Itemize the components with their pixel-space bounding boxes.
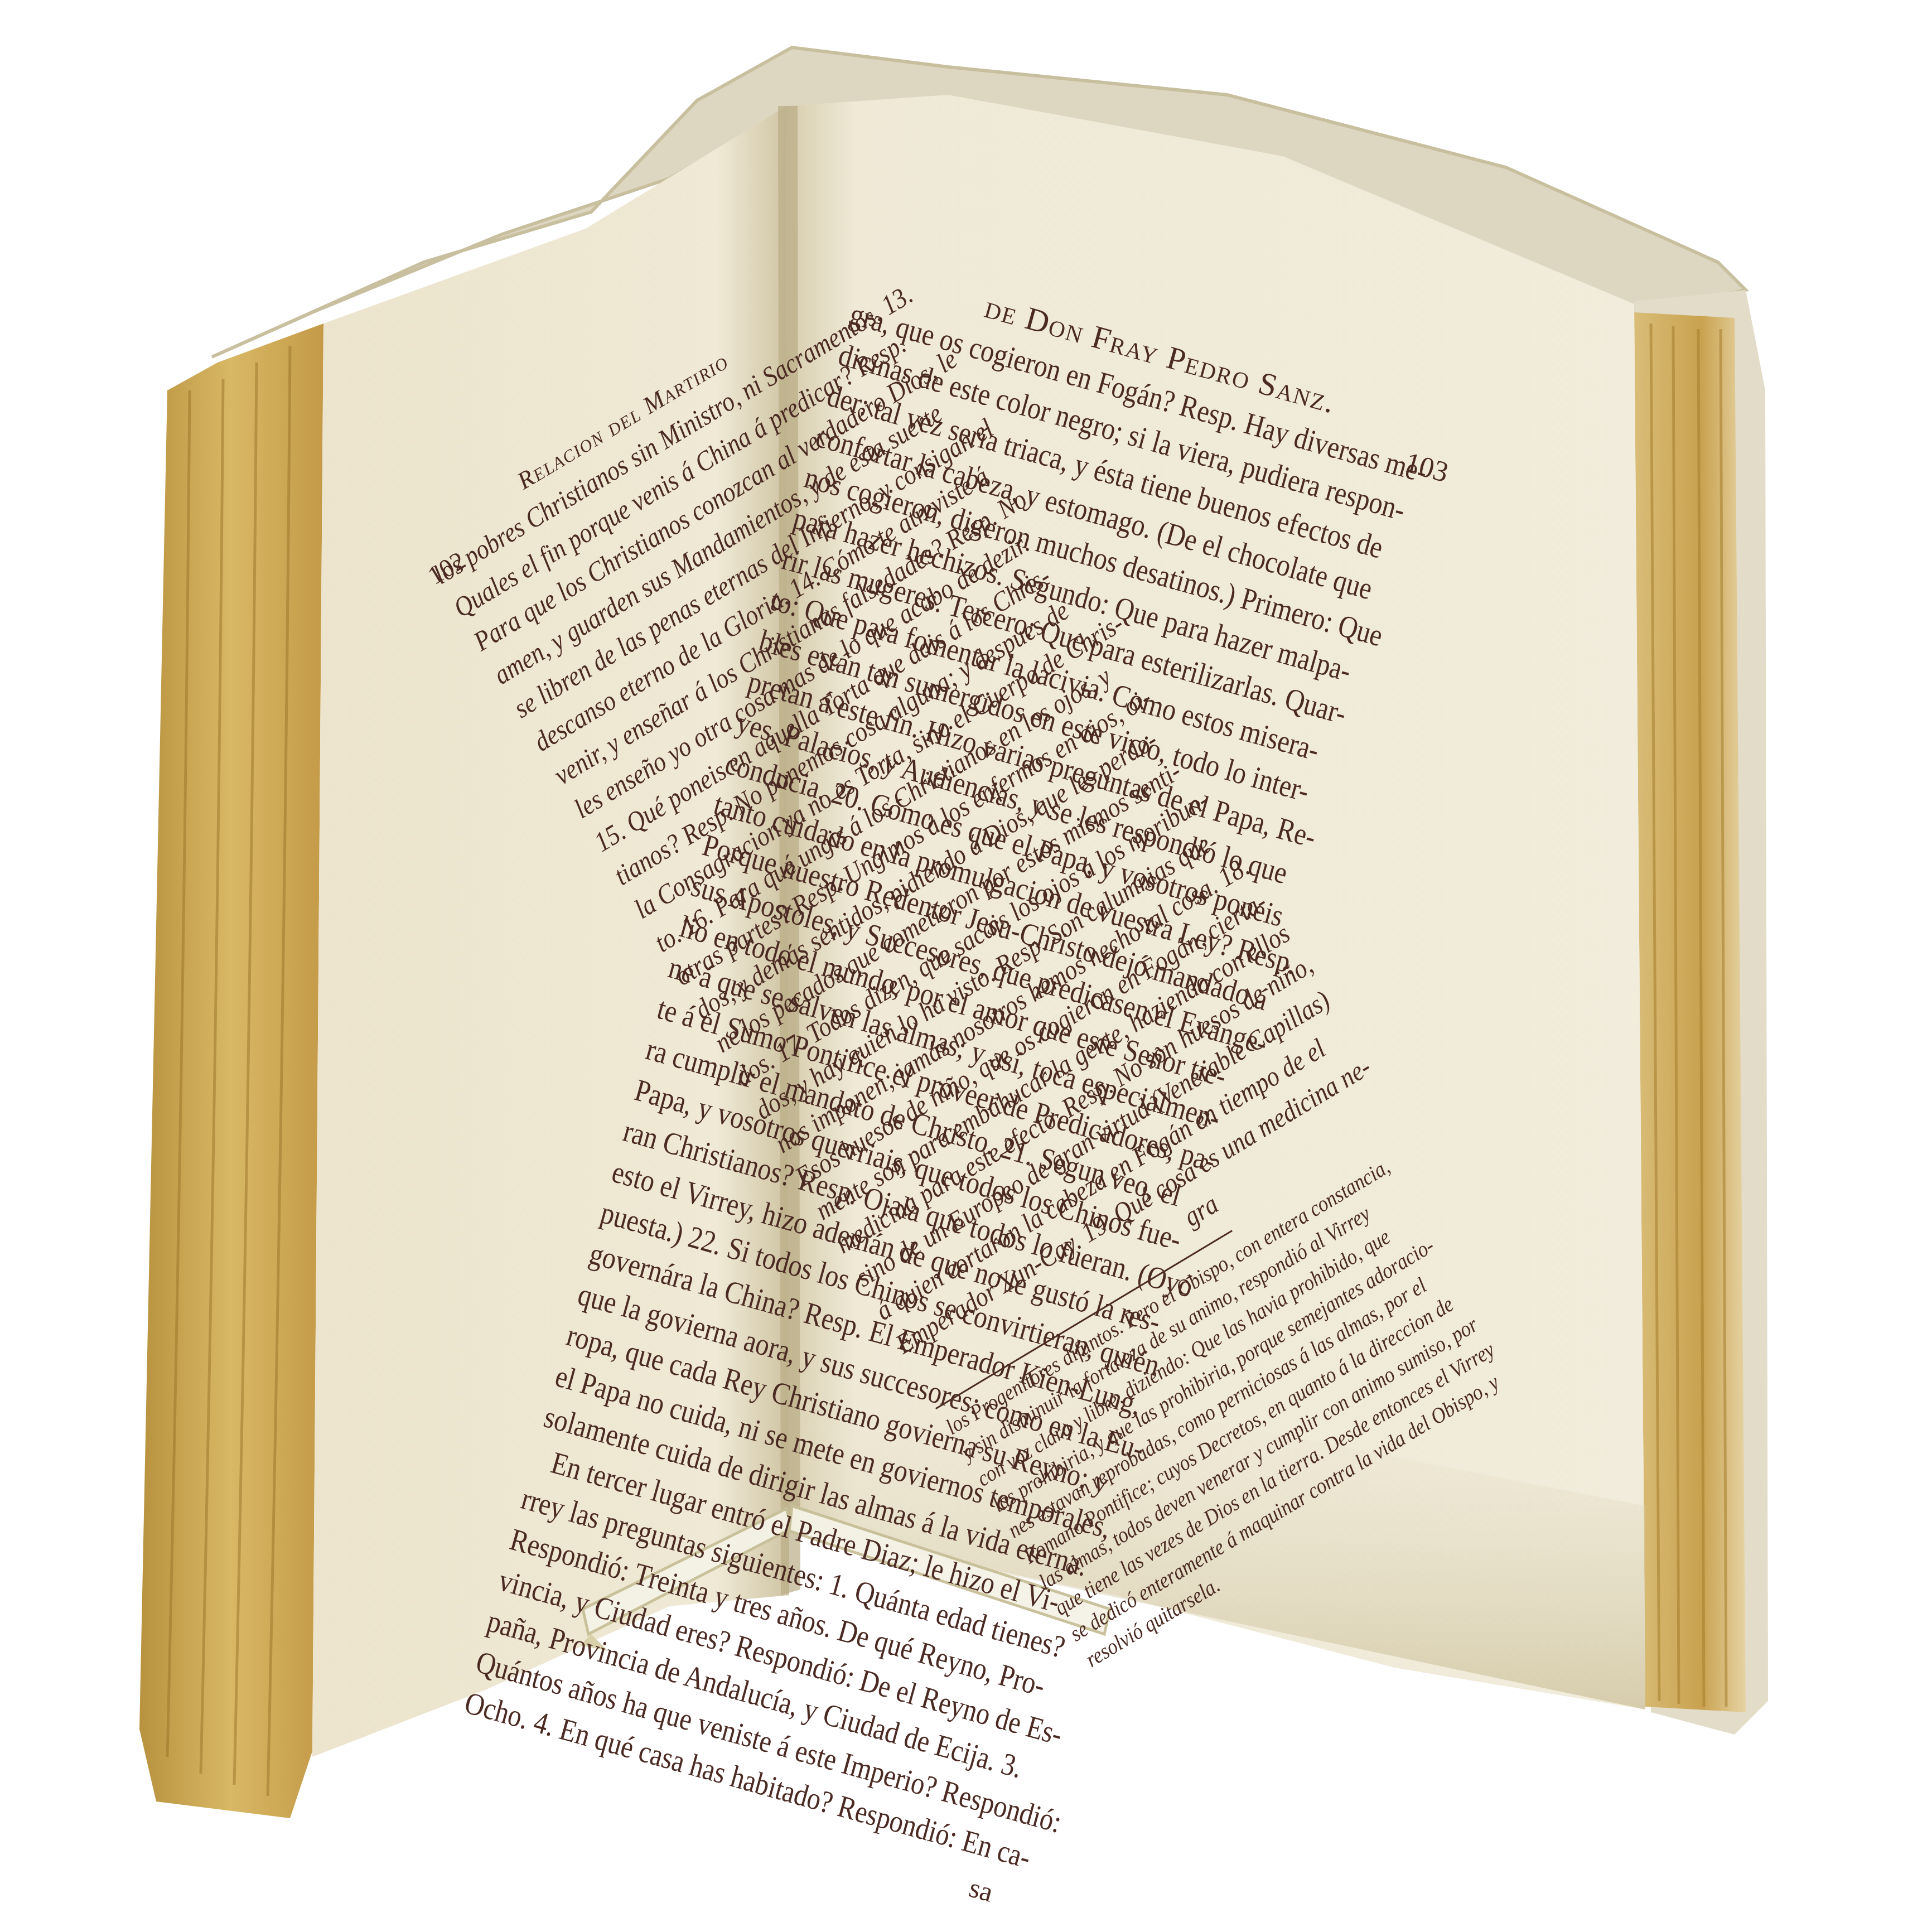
- book-photo: 102 Relacion del Martirio los pobres Chr…: [0, 0, 1932, 1932]
- left-gilt-edge: [139, 323, 323, 1818]
